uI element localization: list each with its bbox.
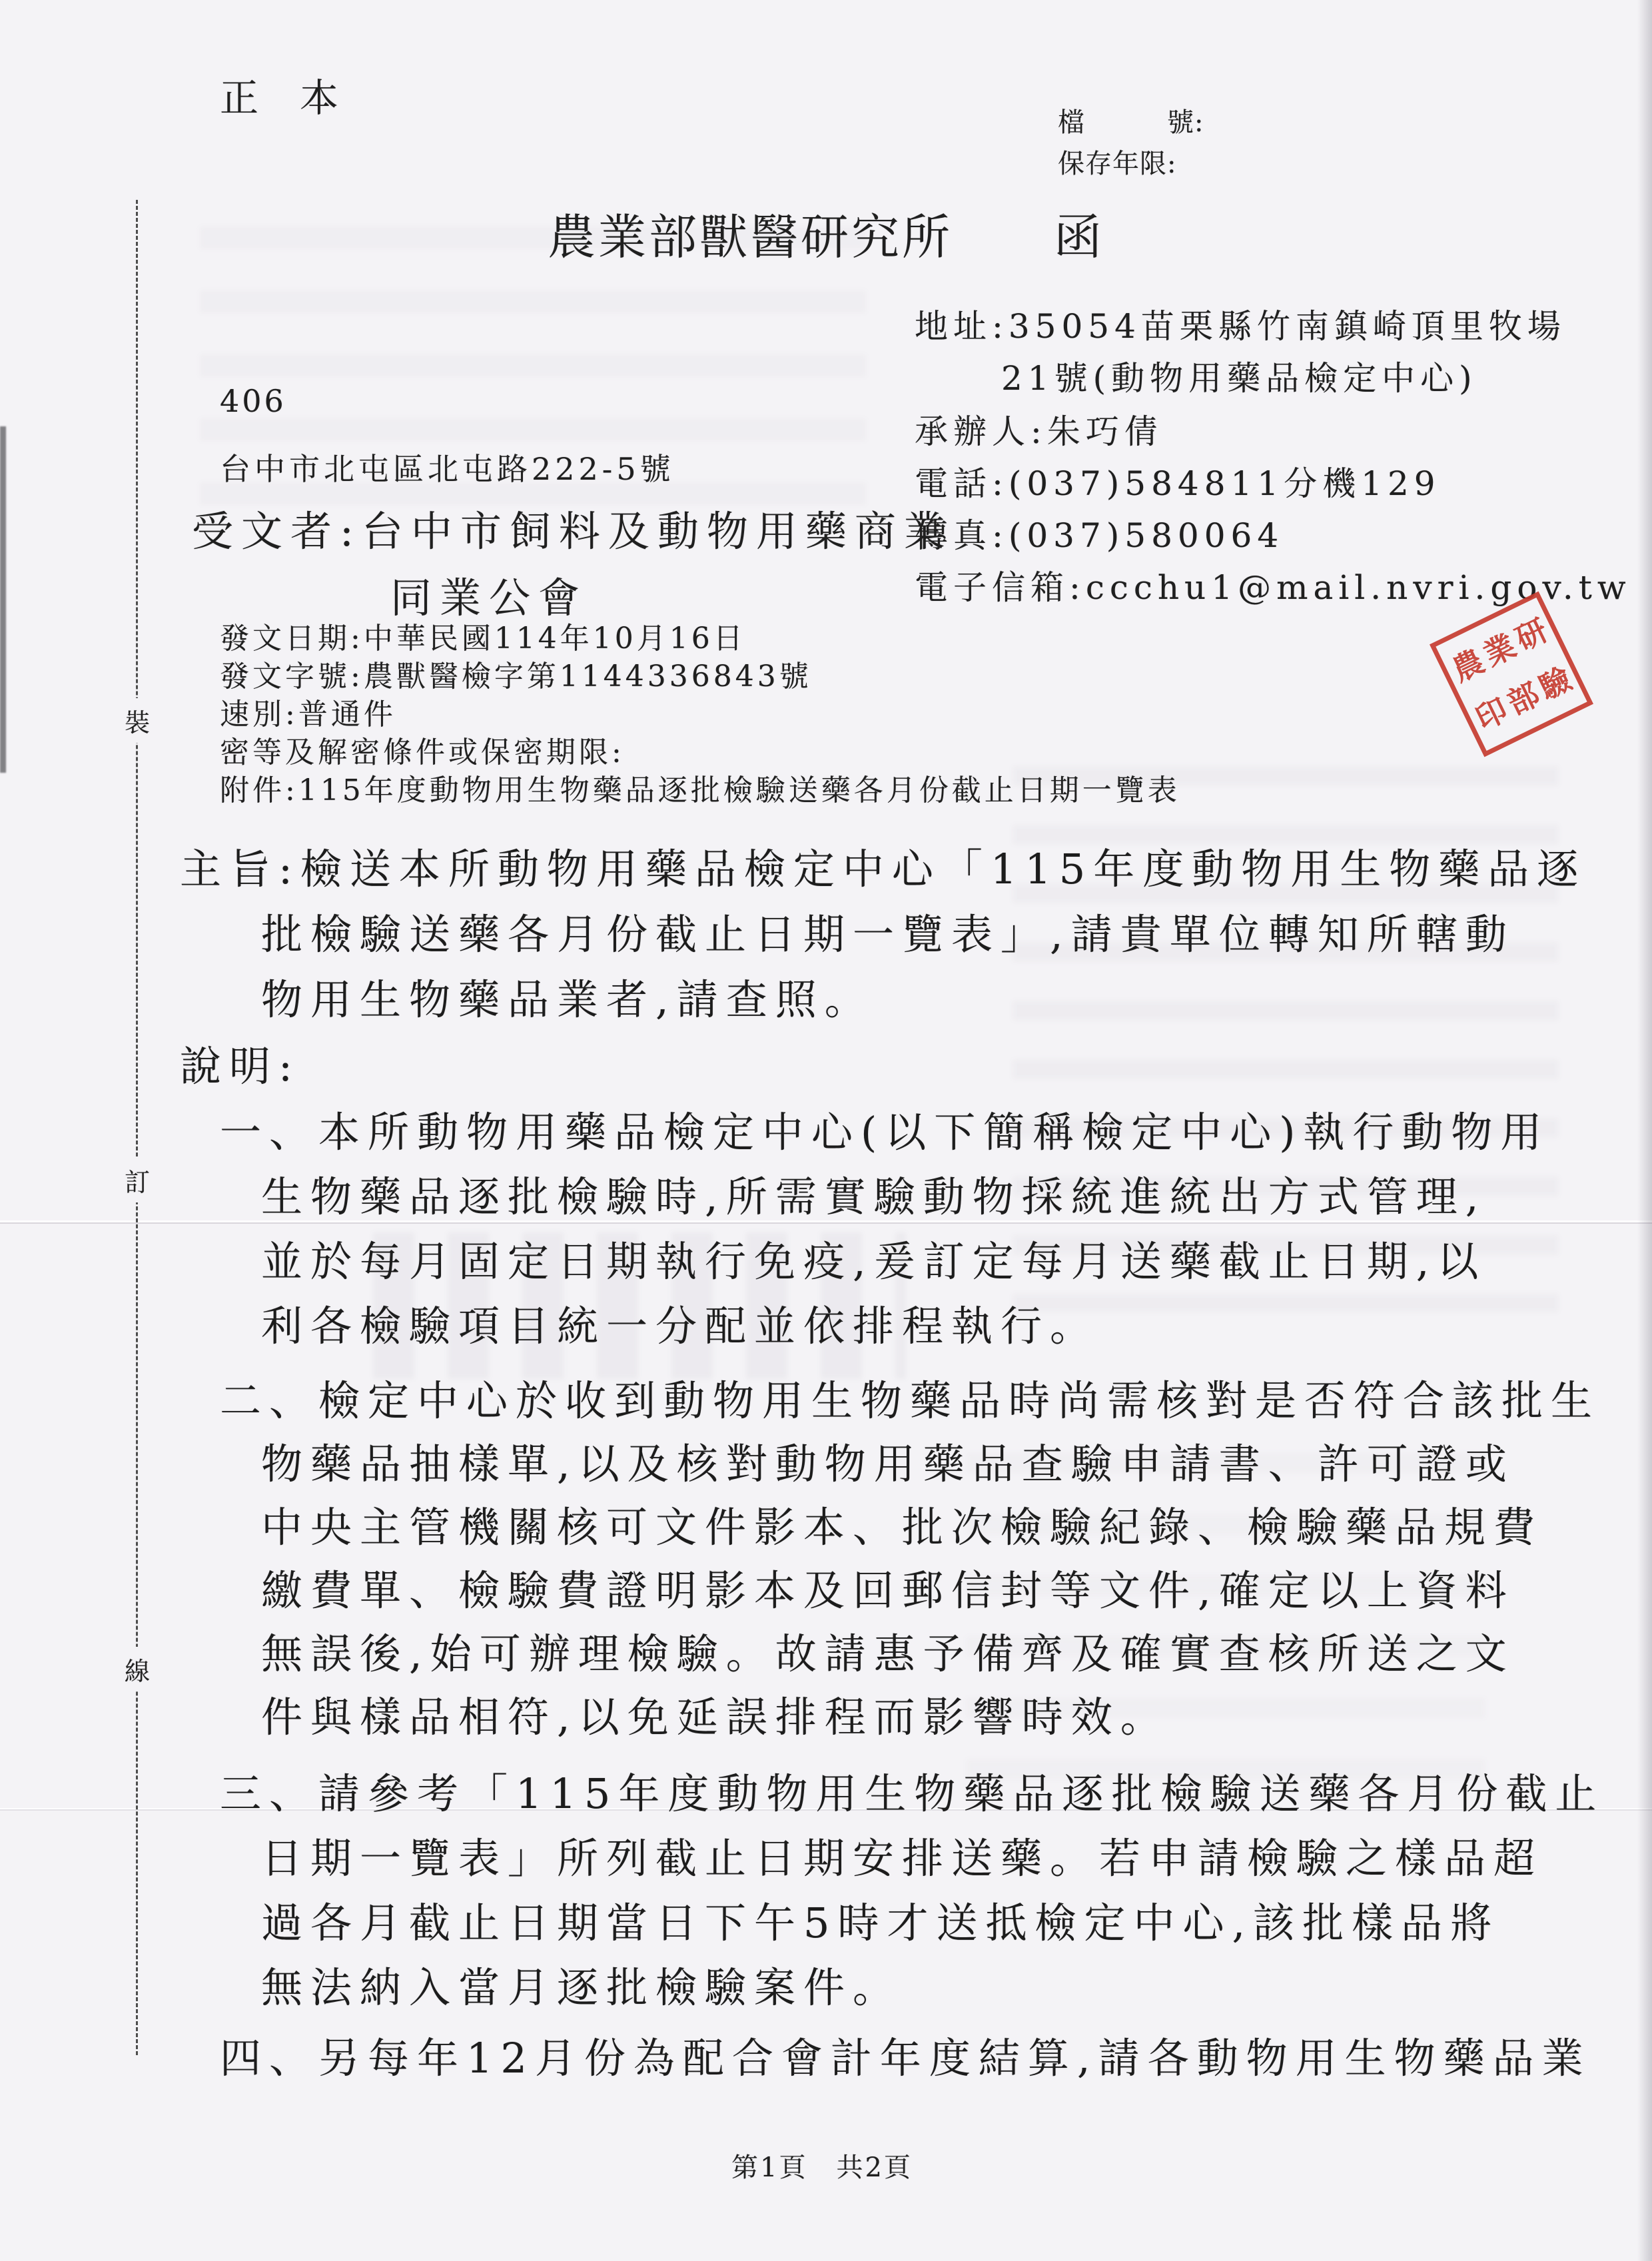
section-line: 繳費單、檢驗費證明影本及回郵信封等文件,確定以上資料	[261, 1558, 1515, 1617]
stamp-character: 印	[1471, 693, 1512, 735]
speed-class-line: 速別:普通件	[220, 690, 396, 733]
recipient-name-line1: 受文者:台中市飼料及動物用藥商業	[192, 498, 953, 558]
attachment-line: 附件:115年度動物用生物藥品逐批檢驗送藥各月份截止日期一覽表	[220, 766, 1180, 809]
binding-label-xian: 線	[120, 1647, 155, 1691]
scanned-official-letter: 裝 訂 線 正 本 檔 號: 保存年限: 農業部獸醫研究所 函 地址:35054…	[0, 0, 1652, 2261]
stamp-character: 農	[1447, 645, 1489, 686]
security-class-line: 密等及解密條件或保密期限:	[220, 728, 625, 771]
doc-number-line: 發文字號:農獸醫檢字第1144336843號	[220, 652, 812, 695]
sender-fax: 傳真:(037)580064	[915, 509, 1284, 557]
section-line: 利各檢驗項目統一分配並依排程執行。	[261, 1293, 1099, 1352]
subject-line: 批檢驗送藥各月份截止日期一覽表」,請貴單位轉知所轄動	[261, 901, 1515, 961]
stamp-character: 部	[1503, 678, 1544, 719]
scan-edge-shadow	[1637, 0, 1652, 2261]
copy-type-label: 正 本	[220, 67, 340, 123]
section-line: 過各月截止日期當日下午5時才送抵檢定中心,該批樣品將	[261, 1890, 1499, 1949]
file-number-label: 檔 號:	[1058, 101, 1204, 139]
recipient-address: 台中市北屯區北屯路222-5號	[220, 445, 675, 489]
subject-line: 主旨:檢送本所動物用藥品檢定中心「115年度動物用生物藥品逐	[180, 836, 1586, 895]
binding-label-zhuang: 裝	[120, 698, 155, 743]
stamp-character: 研	[1511, 614, 1552, 656]
stamp-character: 業	[1479, 630, 1520, 671]
section-line: 中央主管機關核可文件影本、批次檢驗紀錄、檢驗藥品規費	[261, 1494, 1543, 1554]
retention-period-label: 保存年限:	[1058, 143, 1176, 181]
section-line: 二、檢定中心於收到動物用生物藥品時尚需核對是否符合該批生	[220, 1368, 1600, 1427]
red-seal-stamp: 農 印 業 部 研 驗	[1430, 592, 1593, 757]
explanation-heading: 說明:	[180, 1033, 300, 1093]
sender-contact-person: 承辦人:朱巧倩	[915, 405, 1163, 453]
section-line: 一、本所動物用藥品檢定中心(以下簡稱檢定中心)執行動物用	[220, 1099, 1549, 1158]
section-line: 日期一覽表」所列截止日期安排送藥。若申請檢驗之樣品超	[261, 1825, 1543, 1885]
document-title: 農業部獸醫研究所 函	[0, 199, 1652, 268]
section-line: 三、請參考「115年度動物用生物藥品逐批檢驗送藥各月份截止	[220, 1761, 1604, 1820]
subject-line: 物用生物藥品業者,請查照。	[261, 967, 874, 1026]
issue-date-line: 發文日期:中華民國114年10月16日	[220, 614, 746, 657]
section-line: 四、另每年12月份為配合會計年度結算,請各動物用生物藥品業	[220, 2025, 1591, 2084]
binding-dashed-line	[136, 200, 138, 2055]
section-line: 並於每月固定日期執行免疫,爰訂定每月送藥截止日期,以	[261, 1228, 1486, 1288]
sender-address-line2: 21號(動物用藥品檢定中心)	[1001, 352, 1477, 400]
section-line: 物藥品抽樣單,以及核對動物用藥品查驗申請書、許可證或	[261, 1431, 1515, 1490]
recipient-zip: 406	[220, 383, 286, 419]
binding-label-ding: 訂	[120, 1158, 155, 1202]
section-line: 無誤後,始可辦理檢驗。故請惠予備齊及確實查核所送之文	[261, 1621, 1515, 1680]
stamp-character: 驗	[1535, 662, 1576, 703]
section-line: 生物藥品逐批檢驗時,所需實驗動物採統進統出方式管理,	[261, 1164, 1486, 1223]
scan-edge-mark	[0, 426, 6, 773]
sender-address-line1: 地址:35054苗栗縣竹南鎮崎頂里牧場	[915, 300, 1566, 348]
section-line: 無法納入當月逐批檢驗案件。	[261, 1955, 902, 2014]
sender-phone: 電話:(037)584811分機129	[915, 457, 1441, 505]
section-line: 件與樣品相符,以免延誤排程而影響時效。	[261, 1684, 1170, 1743]
page-number-footer: 第1頁 共2頁	[731, 2146, 913, 2184]
